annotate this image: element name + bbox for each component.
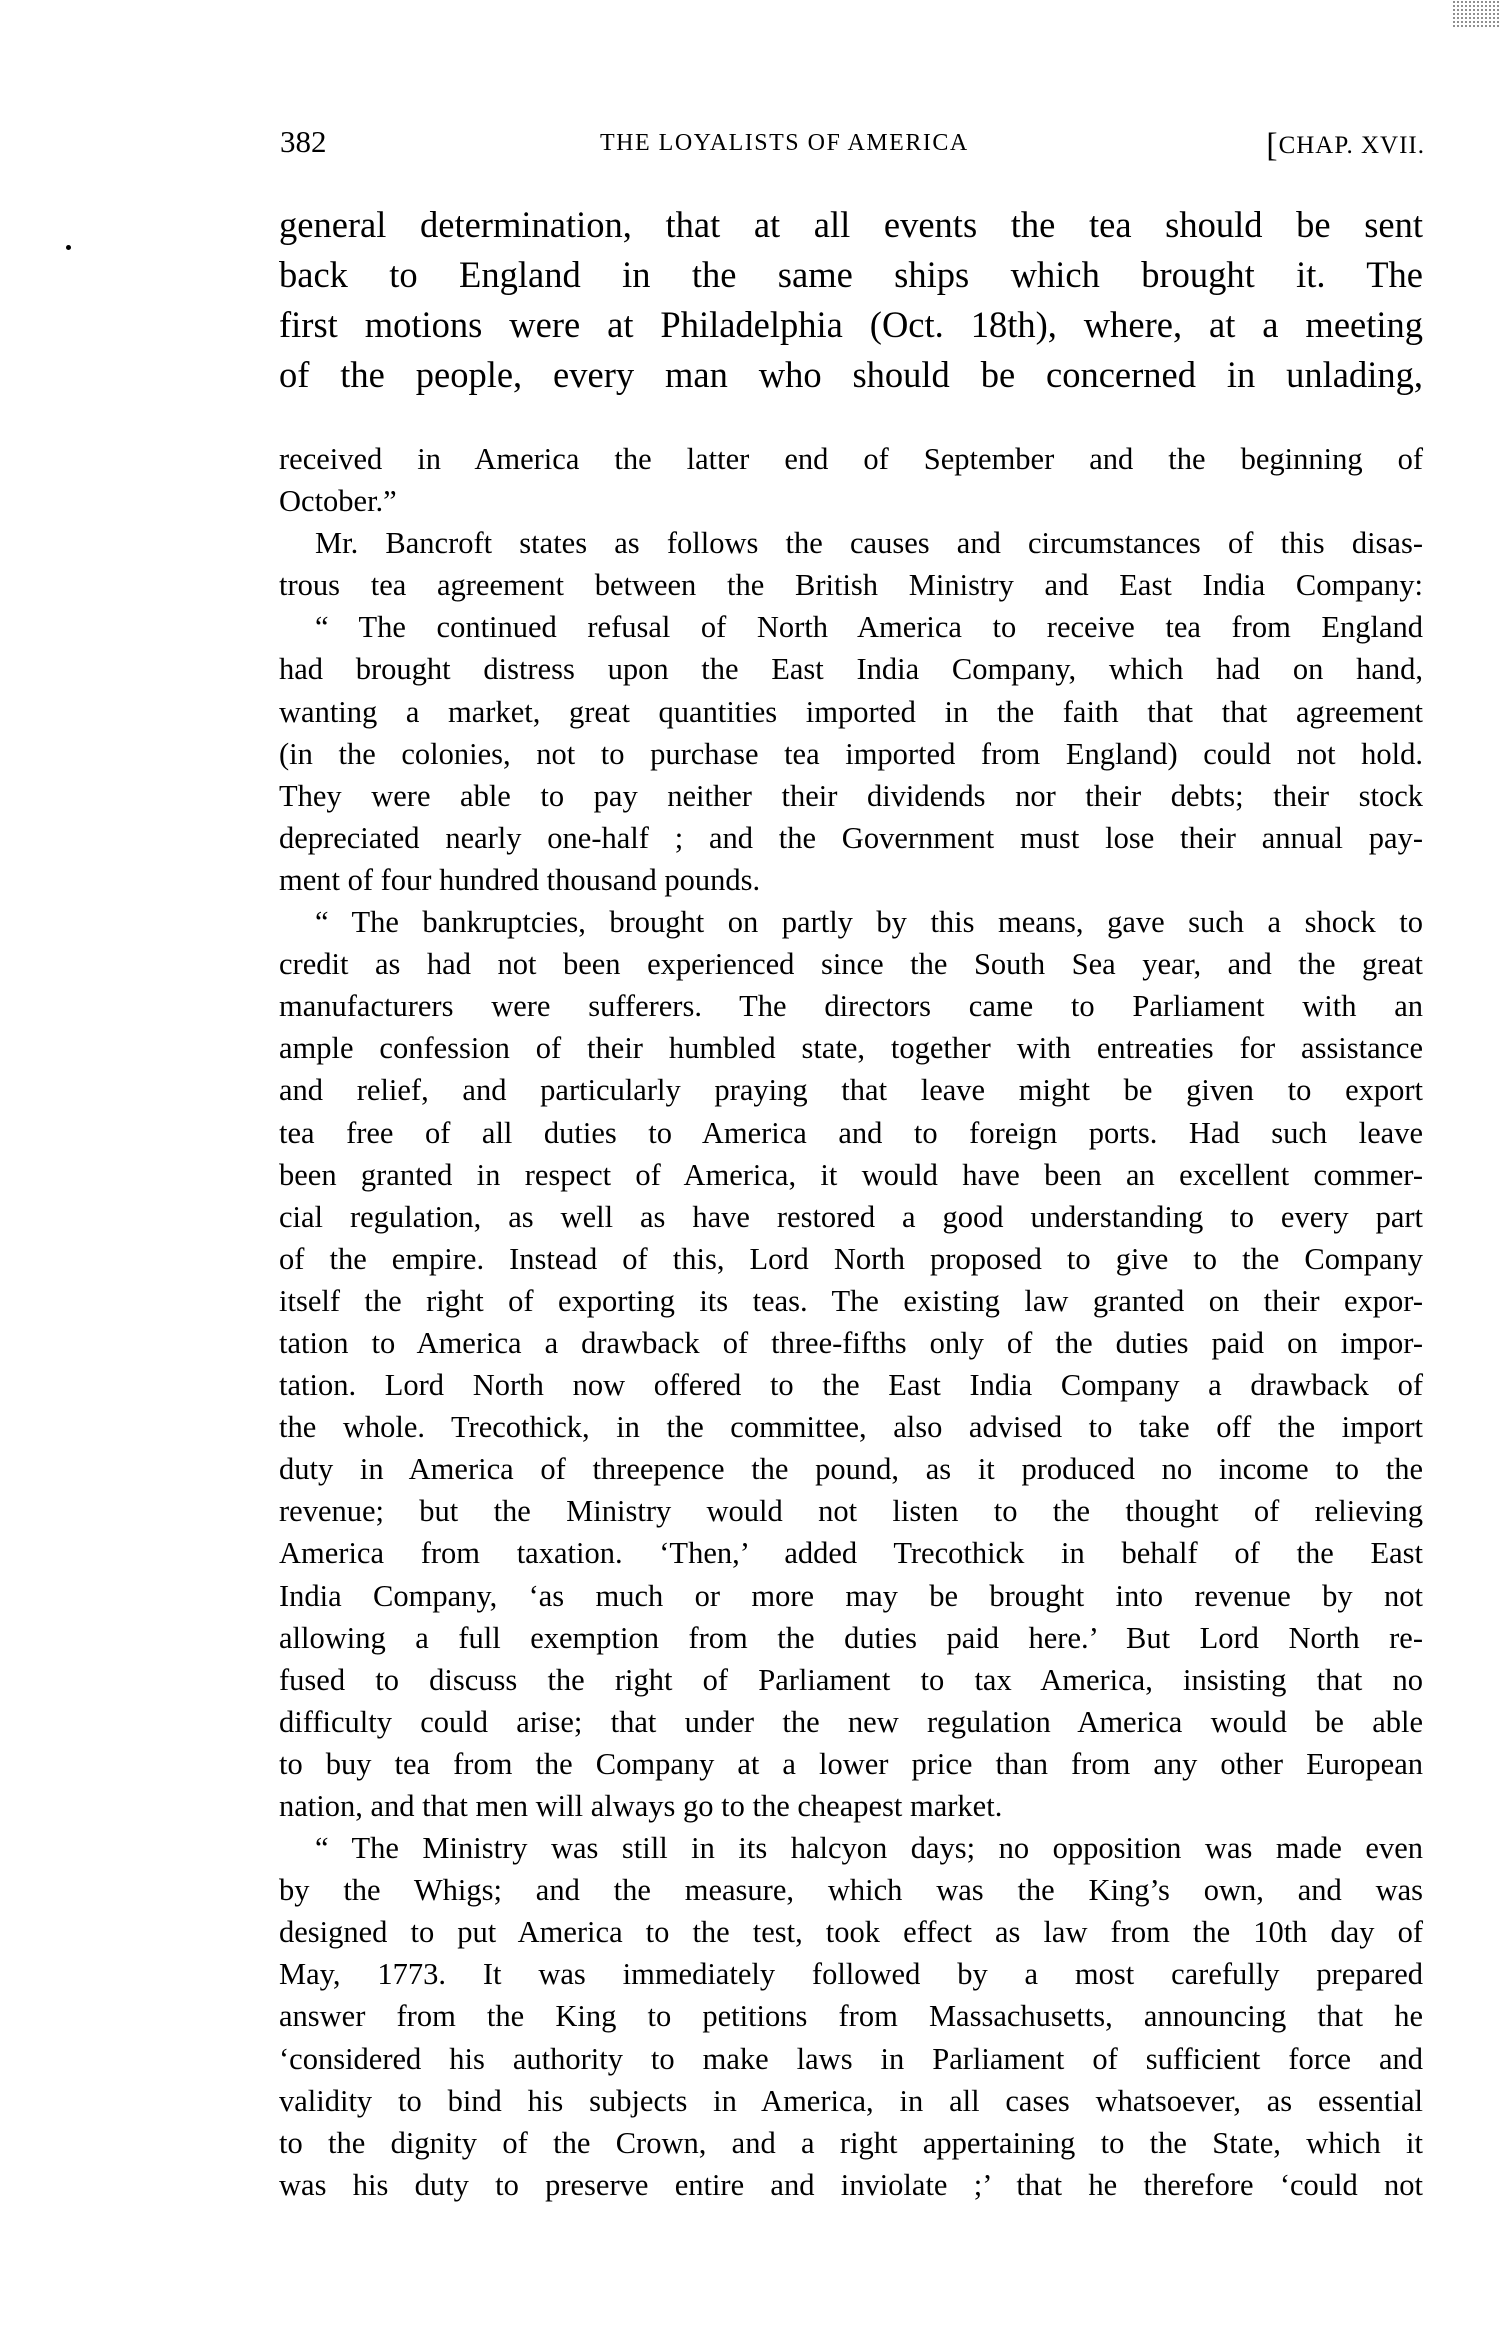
footnote-line: of the empire. Instead of this, Lord Nor…	[279, 1238, 1423, 1280]
footnote-line-text: They were able to pay neither their divi…	[279, 775, 1423, 817]
chapter-reference: [CHAP. XVII.	[1266, 123, 1425, 166]
footnote-line-text: trous tea agreement between the British …	[279, 564, 1423, 606]
footnote-line: difficulty could arise; that under the n…	[279, 1701, 1423, 1743]
footnote-line-text: allowing a full exemption from the dutie…	[279, 1617, 1423, 1659]
footnote-line: tation to America a drawback of three-fi…	[279, 1322, 1423, 1364]
footnote-line-text: ‘considered his authority to make laws i…	[279, 2038, 1423, 2080]
running-title: THE LOYALISTS OF AMERICA	[600, 123, 969, 163]
footnote-line: tea free of all duties to America and to…	[279, 1112, 1423, 1154]
margin-mark	[66, 245, 71, 250]
footnote-line-text: tation to America a drawback of three-fi…	[279, 1322, 1423, 1364]
footnote-line-text: ample confession of their humbled state,…	[279, 1027, 1423, 1069]
scan-artifact	[1452, 0, 1501, 28]
footnote-line-text: fused to discuss the right of Parliament…	[279, 1659, 1423, 1701]
footnote-line: India Company, ‘as much or more may be b…	[279, 1575, 1423, 1617]
footnote-line: fused to discuss the right of Parliament…	[279, 1659, 1423, 1701]
footnote-line-text: credit as had not been experienced since…	[279, 943, 1423, 985]
footnote-line-text: and relief, and particularly praying tha…	[279, 1069, 1423, 1111]
footnote-line-text: America from taxation. ‘Then,’ added Tre…	[279, 1532, 1423, 1574]
footnote-line: been granted in respect of America, it w…	[279, 1154, 1423, 1196]
footnote-line: ment of four hundred thousand pounds.	[279, 859, 1423, 901]
footnote-line: revenue; but the Ministry would not list…	[279, 1490, 1423, 1532]
footnote-line: received in America the latter end of Se…	[279, 438, 1423, 480]
footnote-line-text: to the dignity of the Crown, and a right…	[279, 2122, 1423, 2164]
footnote-line-text: “ The continued refusal of North America…	[315, 606, 1423, 648]
footnote-line: Mr. Bancroft states as follows the cause…	[279, 522, 1423, 564]
footnote-line: to buy tea from the Company at a lower p…	[279, 1743, 1423, 1785]
footnote-line: May, 1773. It was immediately followed b…	[279, 1953, 1423, 1995]
footnote-line-text: difficulty could arise; that under the n…	[279, 1701, 1423, 1743]
footnote-line: tation. Lord North now offered to the Ea…	[279, 1364, 1423, 1406]
footnote-line-text: manufacturers were sufferers. The direct…	[279, 985, 1423, 1027]
footnote-line-text: “ The Ministry was still in its halcyon …	[315, 1827, 1423, 1869]
footnote-line-text: Mr. Bancroft states as follows the cause…	[315, 522, 1423, 564]
footnote-line-text: of the empire. Instead of this, Lord Nor…	[279, 1238, 1423, 1280]
main-line: back to England in the same ships which …	[279, 250, 1423, 300]
footnote-line: by the Whigs; and the measure, which was…	[279, 1869, 1423, 1911]
footnote-line-text: “ The bankruptcies, brought on partly by…	[315, 901, 1423, 943]
chapter-bracket: [	[1266, 127, 1278, 164]
footnote-line-text: received in America the latter end of Se…	[279, 438, 1423, 480]
footnote-line-text: by the Whigs; and the measure, which was…	[279, 1869, 1423, 1911]
running-head: 382 THE LOYALISTS OF AMERICA [CHAP. XVII…	[280, 122, 1425, 162]
footnote-line: to the dignity of the Crown, and a right…	[279, 2122, 1423, 2164]
page-number: 382	[280, 122, 327, 162]
footnote-line: “ The bankruptcies, brought on partly by…	[279, 901, 1423, 943]
footnote-line: “ The Ministry was still in its halcyon …	[279, 1827, 1423, 1869]
footnote-line: answer from the King to petitions from M…	[279, 1995, 1423, 2037]
footnote-line-text: designed to put America to the test, too…	[279, 1911, 1423, 1953]
main-line: general determination, that at all event…	[279, 200, 1423, 250]
footnote-line: They were able to pay neither their divi…	[279, 775, 1423, 817]
footnote-line-text: itself the right of exporting its teas. …	[279, 1280, 1423, 1322]
footnote-line-text: wanting a market, great quantities impor…	[279, 691, 1423, 733]
footnote-line: manufacturers were sufferers. The direct…	[279, 985, 1423, 1027]
footnote-line-text: India Company, ‘as much or more may be b…	[279, 1575, 1423, 1617]
footnote-block: received in America the latter end of Se…	[279, 438, 1423, 2206]
footnote-line: the whole. Trecothick, in the committee,…	[279, 1406, 1423, 1448]
footnote-line-text: the whole. Trecothick, in the committee,…	[279, 1406, 1423, 1448]
footnote-line: validity to bind his subjects in America…	[279, 2080, 1423, 2122]
footnote-line-text: tation. Lord North now offered to the Ea…	[279, 1364, 1423, 1406]
footnote-line: ‘considered his authority to make laws i…	[279, 2038, 1423, 2080]
footnote-line-text: revenue; but the Ministry would not list…	[279, 1490, 1423, 1532]
footnote-line: “ The continued refusal of North America…	[279, 606, 1423, 648]
footnote-line-text: May, 1773. It was immediately followed b…	[279, 1953, 1423, 1995]
chapter-label: CHAP. XVII.	[1279, 132, 1425, 159]
footnote-line-text: October.”	[279, 480, 1423, 522]
footnote-line: was his duty to preserve entire and invi…	[279, 2164, 1423, 2206]
footnote-line: nation, and that men will always go to t…	[279, 1785, 1423, 1827]
footnote-line: cial regulation, as well as have restore…	[279, 1196, 1423, 1238]
footnote-line: trous tea agreement between the British …	[279, 564, 1423, 606]
footnote-line-text: validity to bind his subjects in America…	[279, 2080, 1423, 2122]
main-paragraph: general determination, that at all event…	[279, 200, 1423, 400]
footnote-line-text: (in the colonies, not to purchase tea im…	[279, 733, 1423, 775]
footnote-line: designed to put America to the test, too…	[279, 1911, 1423, 1953]
footnote-line-text: ment of four hundred thousand pounds.	[279, 859, 1423, 901]
footnote-line: itself the right of exporting its teas. …	[279, 1280, 1423, 1322]
footnote-line-text: cial regulation, as well as have restore…	[279, 1196, 1423, 1238]
footnote-line: depreciated nearly one-half ; and the Go…	[279, 817, 1423, 859]
footnote-line-text: nation, and that men will always go to t…	[279, 1785, 1423, 1827]
footnote-line: allowing a full exemption from the dutie…	[279, 1617, 1423, 1659]
footnote-line: October.”	[279, 480, 1423, 522]
footnote-line-text: tea free of all duties to America and to…	[279, 1112, 1423, 1154]
footnote-line-text: had brought distress upon the East India…	[279, 648, 1423, 690]
footnote-line-text: was his duty to preserve entire and invi…	[279, 2164, 1423, 2206]
footnote-line: ample confession of their humbled state,…	[279, 1027, 1423, 1069]
footnote-line: wanting a market, great quantities impor…	[279, 691, 1423, 733]
footnote-line-text: duty in America of threepence the pound,…	[279, 1448, 1423, 1490]
footnote-line: America from taxation. ‘Then,’ added Tre…	[279, 1532, 1423, 1574]
footnote-line-text: to buy tea from the Company at a lower p…	[279, 1743, 1423, 1785]
footnote-line: had brought distress upon the East India…	[279, 648, 1423, 690]
footnote-line: (in the colonies, not to purchase tea im…	[279, 733, 1423, 775]
footnote-line-text: depreciated nearly one-half ; and the Go…	[279, 817, 1423, 859]
footnote-line: and relief, and particularly praying tha…	[279, 1069, 1423, 1111]
footnote-line-text: been granted in respect of America, it w…	[279, 1154, 1423, 1196]
main-line: of the people, every man who should be c…	[279, 350, 1423, 400]
footnote-line: credit as had not been experienced since…	[279, 943, 1423, 985]
footnote-line: duty in America of threepence the pound,…	[279, 1448, 1423, 1490]
main-line: first motions were at Philadelphia (Oct.…	[279, 300, 1423, 350]
footnote-line-text: answer from the King to petitions from M…	[279, 1995, 1423, 2037]
